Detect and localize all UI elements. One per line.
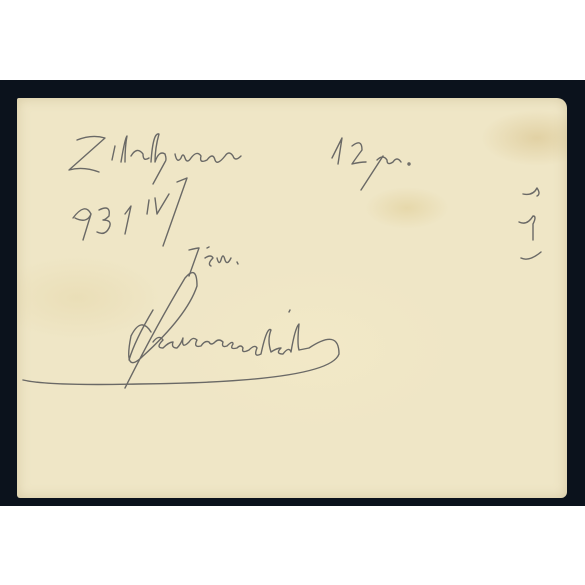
photo-back-card: Zilah utca 12 sz. 931 IV 7 év. Pesterzsé… [17, 98, 567, 498]
